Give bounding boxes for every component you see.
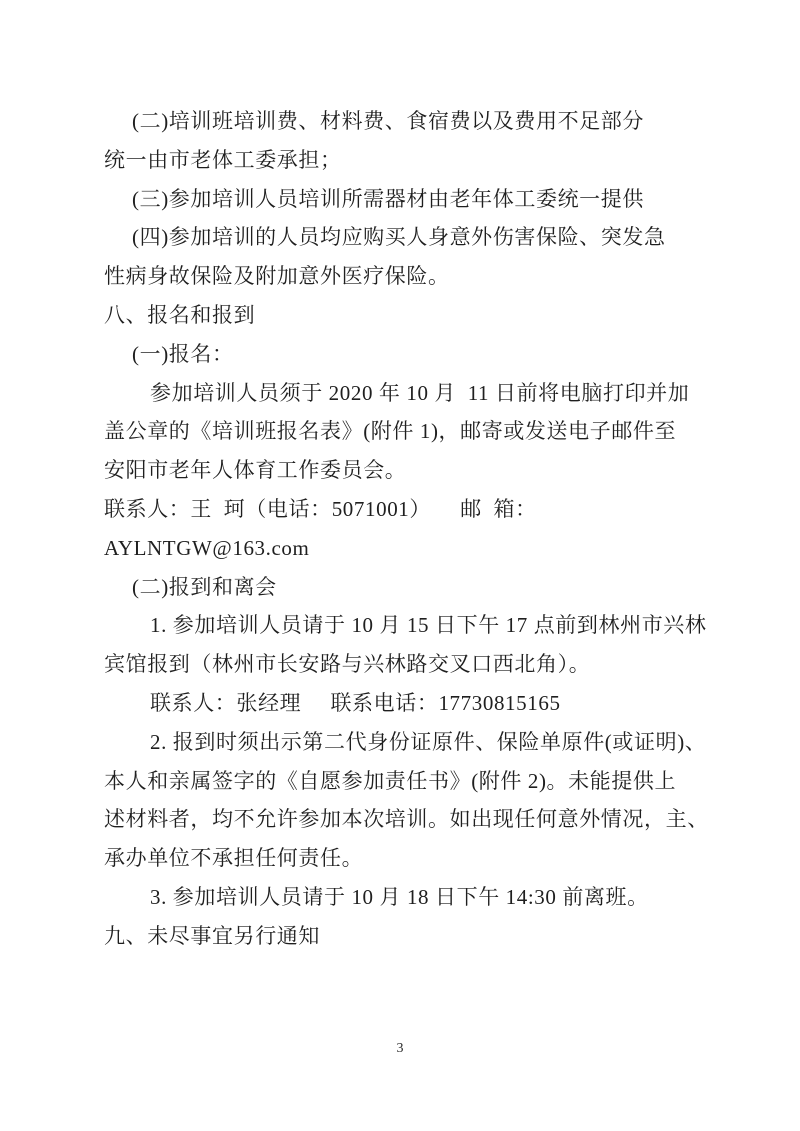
text-line: (二)报到和离会 — [104, 568, 714, 607]
text-line: 八、报名和报到 — [104, 296, 714, 335]
document-body: (二)培训班培训费、材料费、食宿费以及费用不足部分统一由市老体工委承担；(三)参… — [104, 102, 714, 956]
text-line: 2. 报到时须出示第二代身份证原件、保险单原件(或证明)、 — [104, 723, 714, 762]
document-page: (二)培训班培训费、材料费、食宿费以及费用不足部分统一由市老体工委承担；(三)参… — [0, 0, 800, 1131]
text-line: 联系人：王 珂（电话：5071001） 邮 箱： — [104, 490, 714, 529]
text-line: 盖公章的《培训班报名表》(附件 1)，邮寄或发送电子邮件至 — [104, 412, 714, 451]
text-line: (一)报名： — [104, 335, 714, 374]
text-line: 安阳市老年人体育工作委员会。 — [104, 451, 714, 490]
text-line: 联系人：张经理 联系电话：17730815165 — [104, 684, 714, 723]
text-line: 参加培训人员须于 2020 年 10 月 11 日前将电脑打印并加 — [104, 374, 714, 413]
page-footer: 3 — [0, 1041, 800, 1057]
text-line: (三)参加培训人员培训所需器材由老年体工委统一提供 — [104, 180, 714, 219]
text-line: 宾馆报到（林州市长安路与兴林路交叉口西北角）。 — [104, 645, 714, 684]
text-line: 九、未尽事宜另行通知 — [104, 917, 714, 956]
text-line: 性病身故保险及附加意外医疗保险。 — [104, 257, 714, 296]
text-line: 1. 参加培训人员请于 10 月 15 日下午 17 点前到林州市兴林 — [104, 606, 714, 645]
text-line: (四)参加培训的人员均应购买人身意外伤害保险、突发急 — [104, 218, 714, 257]
text-line: AYLNTGW@163.com — [104, 529, 714, 568]
text-line: 承办单位不承担任何责任。 — [104, 839, 714, 878]
text-line: 述材料者，均不允许参加本次培训。如出现任何意外情况，主、 — [104, 800, 714, 839]
text-line: 统一由市老体工委承担； — [104, 141, 714, 180]
text-line: 本人和亲属签字的《自愿参加责任书》(附件 2)。未能提供上 — [104, 762, 714, 801]
text-line: (二)培训班培训费、材料费、食宿费以及费用不足部分 — [104, 102, 714, 141]
page-number: 3 — [397, 1041, 404, 1056]
text-line: 3. 参加培训人员请于 10 月 18 日下午 14:30 前离班。 — [104, 878, 714, 917]
